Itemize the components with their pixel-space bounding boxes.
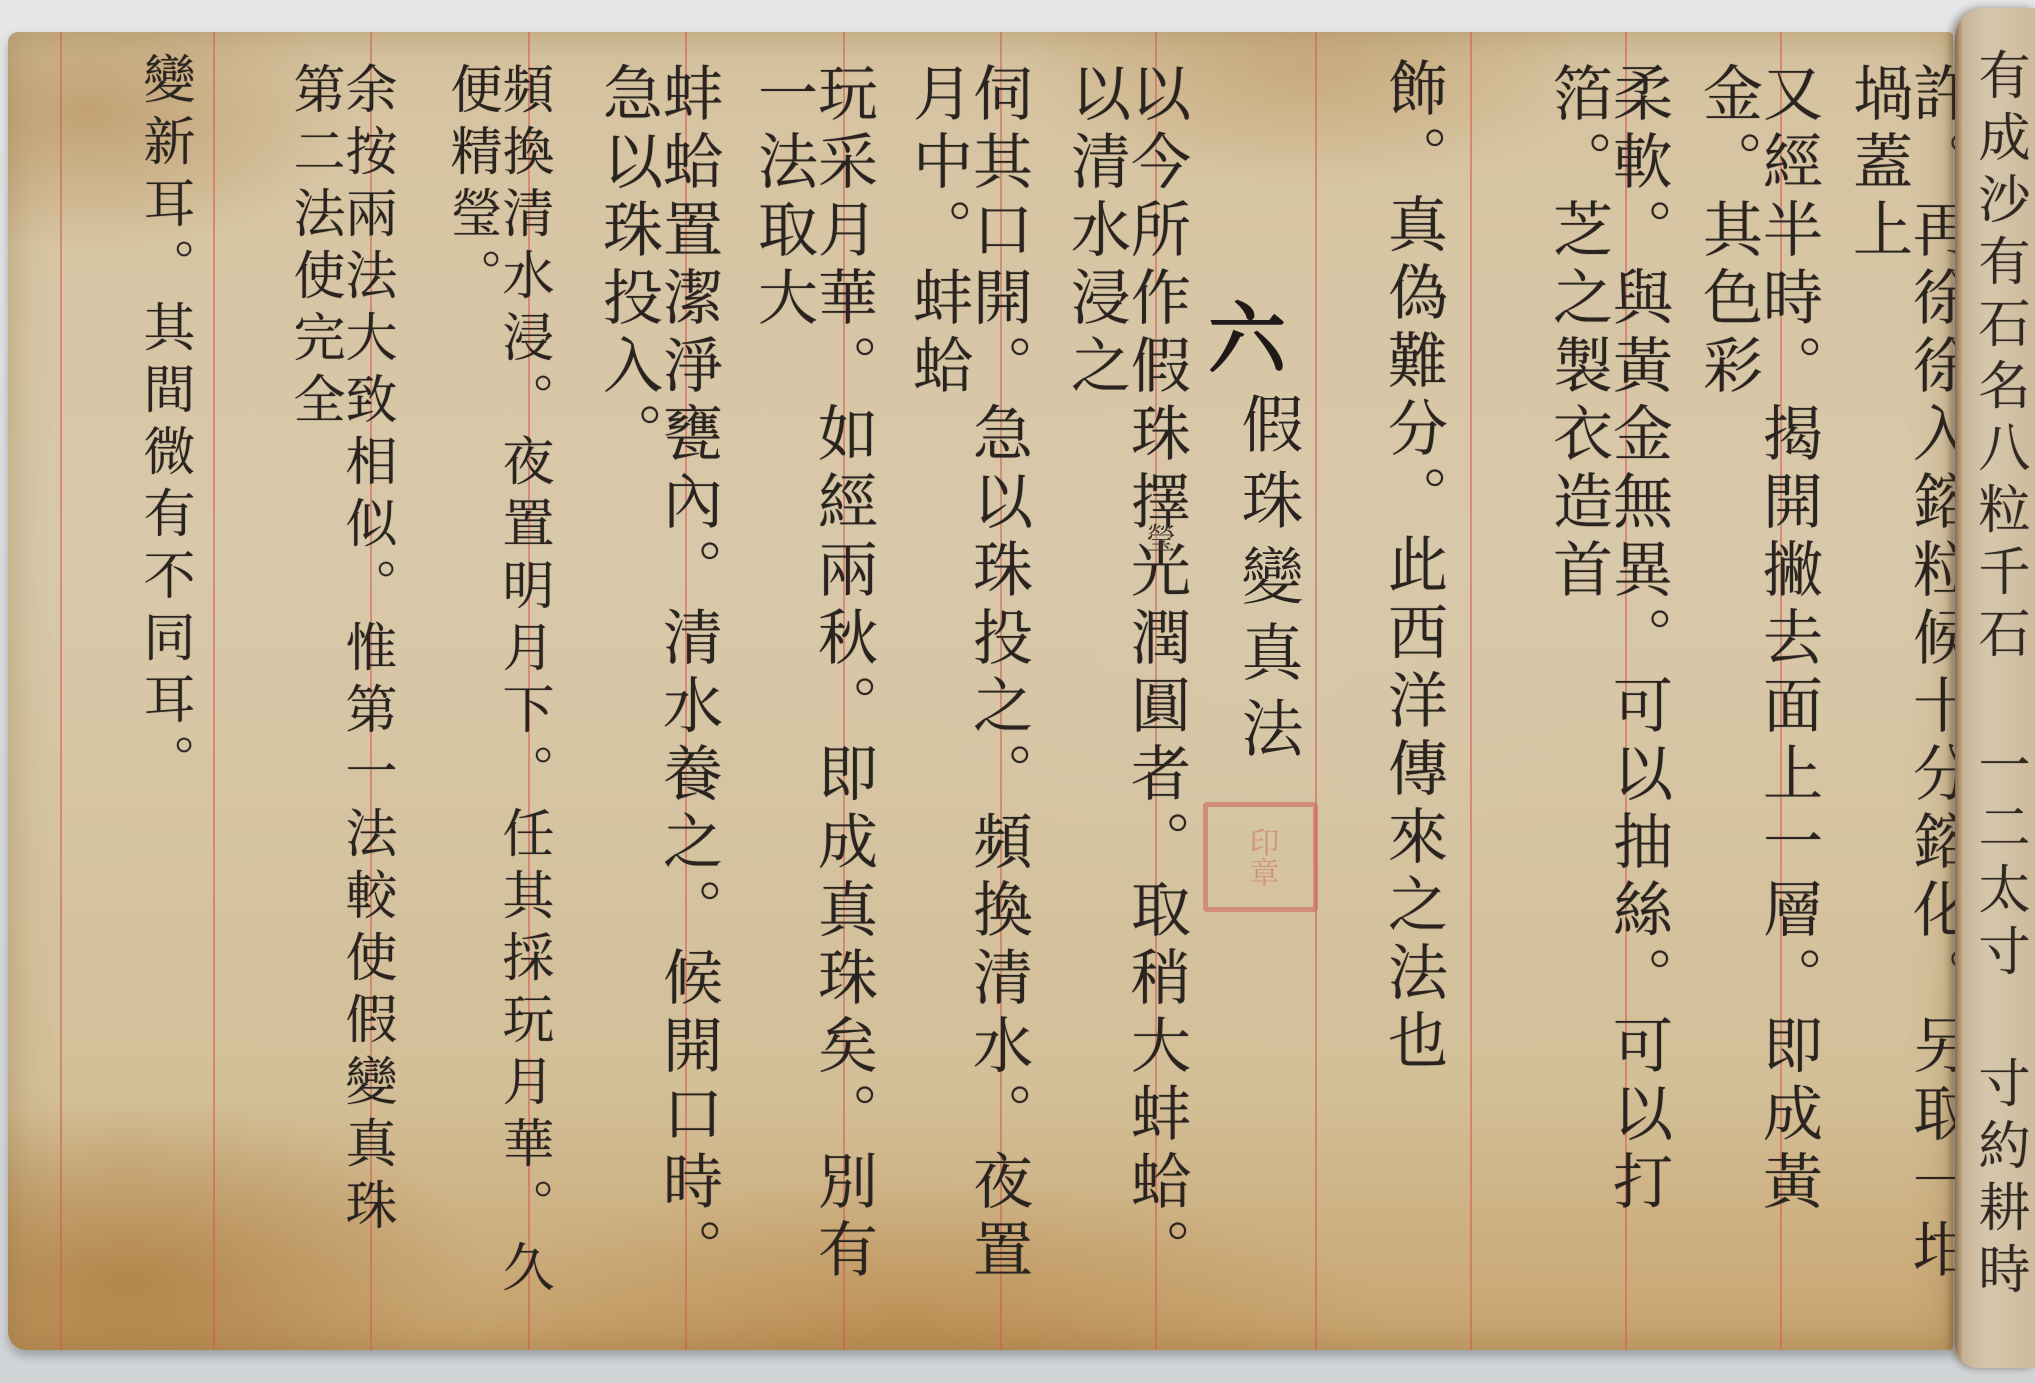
next-page-edge: 有成沙有石名八粒千石 一二太寸 寸約耕時 xyxy=(1955,8,2035,1368)
text-column-10: 余按兩法大致相似。惟第一法較使假變真珠 第二法使完全 xyxy=(288,62,392,1350)
text-column-11: 變新耳。其間微有不同耳。 xyxy=(138,52,190,796)
text-column-9: 頻換清水浸。夜置明月下。任其採玩月華。久便精瑩。 xyxy=(445,62,549,1350)
red-rule-line xyxy=(213,32,215,1350)
text-column-1: 許。再徐徐入鎔粒候十分鎔化。另取一坩堝蓋上 xyxy=(1848,62,1968,1350)
text-column-8: 蚌蛤置潔淨甕內。清水養之。候開口時。急以珠投入。 xyxy=(598,62,718,1350)
text-column-3: 柔軟。與黃金無異。可以抽絲。可以打箔。芝之製衣造首 xyxy=(1548,62,1668,1350)
manuscript-page: 許。再徐徐入鎔粒候十分鎔化。另取一坩堝蓋上 又經半時。揭開撇去面上一層。即成黃金… xyxy=(8,32,1953,1350)
section-title: 假珠變真法 xyxy=(1223,392,1312,772)
next-page-text: 有成沙有石名八粒千石 一二太寸 寸約耕時 xyxy=(1973,48,2025,1304)
text-column-6: 伺其口開。急以珠投之。頻換清水。夜置月中。蚌蛤 xyxy=(908,62,1028,1350)
marginal-note: 瑩 xyxy=(1146,514,1176,558)
red-rule-line xyxy=(1470,32,1472,1350)
text-column-4: 飾。真偽難分。此西洋傳來之法也 xyxy=(1383,57,1443,1077)
red-rule-line xyxy=(1315,32,1317,1350)
text-column-5: 以今所作假珠擇光潤圓者。取稍大蚌蛤。以清水浸之 xyxy=(1066,62,1186,1350)
text-column-7: 玩采月華。如經兩秋。即成真珠矣。別有一法取大 xyxy=(753,62,873,1350)
red-seal-stamp: 印章 xyxy=(1203,802,1318,912)
text-column-2: 又經半時。揭開撇去面上一層。即成黃金。其色彩 xyxy=(1698,62,1818,1350)
section-number: 六 xyxy=(1208,277,1286,389)
red-rule-line xyxy=(60,32,62,1350)
